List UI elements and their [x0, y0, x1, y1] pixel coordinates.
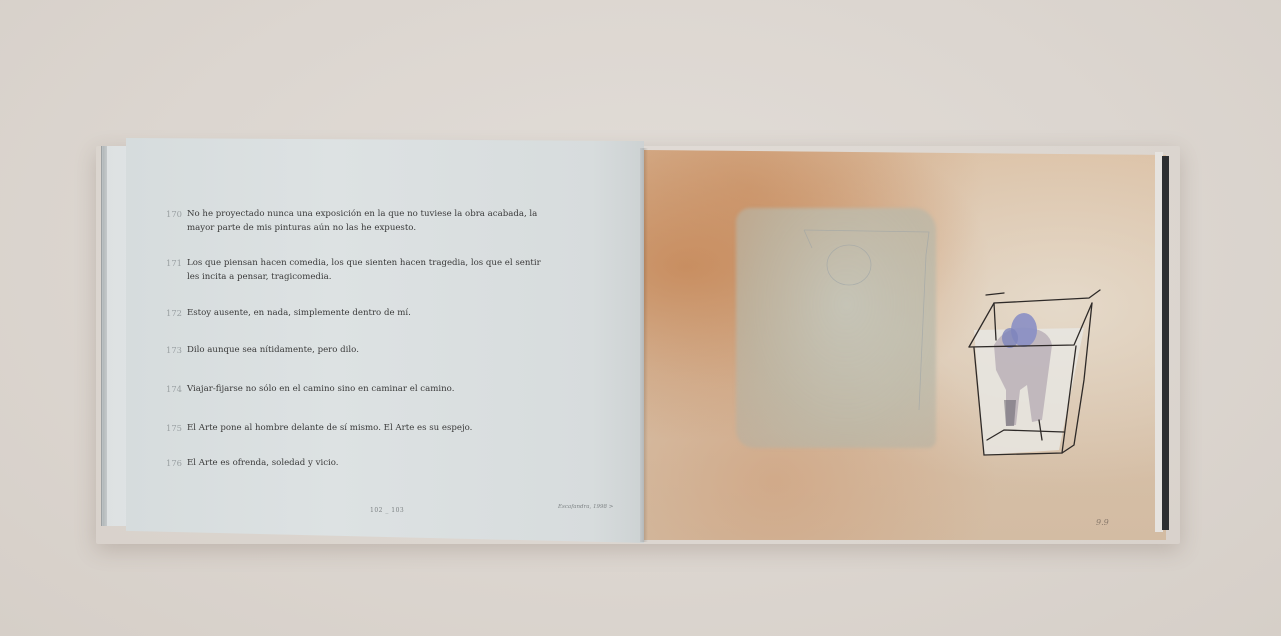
aphorism-entry: 172 Estoy ausente, en nada, simplemente … [187, 306, 567, 320]
entry-number: 173 [166, 343, 182, 357]
entry-text: Viajar-fijarse no sólo en el camino sino… [187, 382, 567, 396]
aphorism-entry: 171 Los que piensan hacen comedia, los q… [187, 256, 547, 284]
entry-text: El Arte es ofrenda, soledad y vicio. [187, 456, 567, 470]
aphorism-entry: 170 No he proyectado nunca una exposició… [187, 207, 567, 235]
back-cover-edge [1162, 156, 1169, 530]
artwork-caption: Escafandra, 1998 > [558, 504, 613, 510]
page-numbers: 102 _ 103 [370, 507, 404, 514]
entry-number: 172 [166, 306, 182, 320]
entry-number: 174 [166, 382, 182, 396]
artist-signature: 9.9 [1096, 518, 1109, 527]
aphorism-entry: 173 Dilo aunque sea nítidamente, pero di… [187, 343, 567, 357]
entry-number: 176 [166, 456, 182, 470]
aphorism-entry: 175 El Arte pone al hombre delante de sí… [187, 421, 567, 435]
entry-text: Dilo aunque sea nítidamente, pero dilo. [187, 343, 567, 357]
entry-number: 171 [166, 256, 182, 270]
watercolor-figure-in-box-illustration [644, 150, 1166, 540]
aphorism-entry: 176 El Arte es ofrenda, soledad y vicio. [187, 456, 567, 470]
entry-text: Estoy ausente, en nada, simplemente dent… [187, 306, 567, 320]
entry-text: El Arte pone al hombre delante de sí mis… [187, 421, 567, 435]
entry-number: 175 [166, 421, 182, 435]
right-page-artwork: 9.9 [644, 150, 1166, 540]
book-gutter [640, 148, 648, 542]
entry-text: Los que piensan hacen comedia, los que s… [187, 256, 547, 284]
aphorism-entry: 174 Viajar-fijarse no sólo en el camino … [187, 382, 567, 396]
entry-number: 170 [166, 207, 182, 221]
entry-text: No he proyectado nunca una exposición en… [187, 207, 567, 235]
left-page: 170 No he proyectado nunca una exposició… [126, 138, 644, 543]
